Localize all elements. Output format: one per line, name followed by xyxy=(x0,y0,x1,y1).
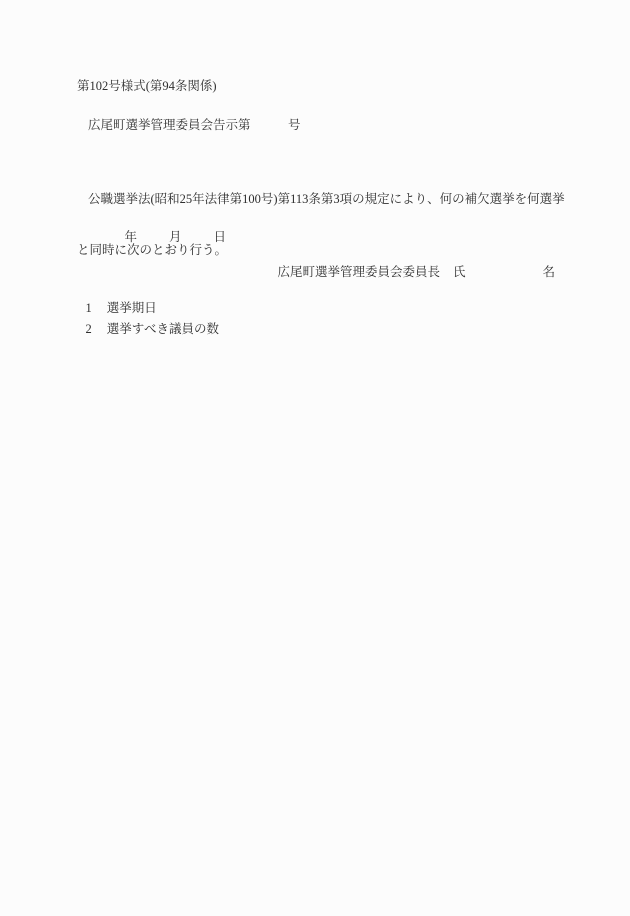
document-page: 第102号様式(第94条関係) 広尾町選挙管理委員会告示第 号 公職選挙法(昭和… xyxy=(0,0,630,916)
date-day-label: 日 xyxy=(214,230,227,244)
form-number-heading: 第102号様式(第94条関係) xyxy=(77,79,217,94)
date-year-label: 年 xyxy=(125,230,138,244)
committee-chair-title: 広尾町選挙管理委員会委員長 xyxy=(278,265,441,279)
list-item-number: 2 xyxy=(86,322,92,336)
givenname-label: 名 xyxy=(543,265,556,279)
list-item-text: 選挙すべき議員の数 xyxy=(107,322,219,336)
body-paragraph-line-1: 公職選挙法(昭和25年法律第100号)第113条第3項の規定により、何の補欠選挙… xyxy=(88,189,565,210)
date-month-label: 月 xyxy=(169,230,182,244)
date-line: 年月日 xyxy=(112,215,226,260)
list-item: 2選挙すべき議員の数 xyxy=(73,307,219,352)
signature-line: 広尾町選挙管理委員会委員長氏名 xyxy=(265,250,555,295)
surname-label: 氏 xyxy=(453,265,466,279)
notice-number-line: 広尾町選挙管理委員会告示第 号 xyxy=(88,118,301,133)
